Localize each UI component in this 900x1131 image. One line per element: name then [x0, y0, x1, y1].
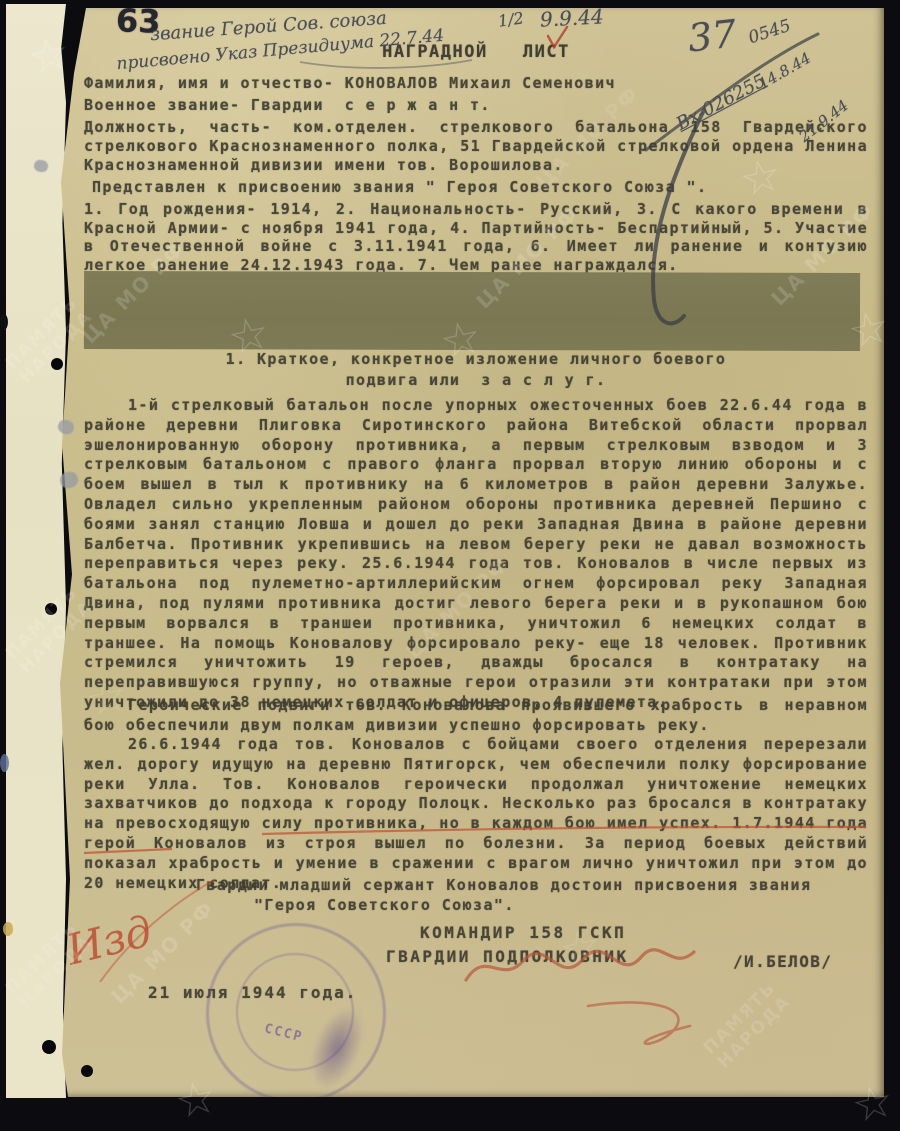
- field-rank: Военное звание- Гвардии с е р ж а н т.: [84, 96, 868, 115]
- scanned-award-sheet: НАГРАДНОЙ ЛИСТ Фамилия, имя и отчество- …: [0, 0, 900, 1131]
- tape-bit: [3, 922, 13, 936]
- punch-hole: [45, 603, 57, 615]
- feat-paragraph-1: 1-й стрелковый батальон после упорных ож…: [84, 396, 868, 713]
- feat-paragraph-2: Героические подвиги тов. Коновалова проя…: [84, 696, 868, 736]
- conclusion-line2: "Героя Советского Союза".: [254, 896, 515, 914]
- punch-hole: [42, 1040, 56, 1054]
- conclusion-line1: Гвардии младший сержант Коновалов достои…: [196, 876, 811, 894]
- commander-title-line2: ГВАРДИИ ПОДПОЛКОВНИК: [386, 947, 629, 966]
- edge-stain-blue: [0, 754, 9, 772]
- field-unit: Должность, часть- ком.отделен. стрелково…: [84, 118, 868, 175]
- numbered-info: 1. Год рождения- 1914, 2. Национальность…: [84, 200, 868, 274]
- redaction-block: [84, 271, 860, 351]
- edge-stain: [0, 314, 8, 330]
- date-note-top: 9.9.44: [539, 4, 604, 31]
- field-submitted: Представлен к присвоению звания " Героя …: [92, 178, 876, 197]
- commander-name: /И.БЕЛОВ/: [733, 952, 832, 971]
- feat-paragraph-3: 26.6.1944 года тов. Коновалов с бойцами …: [84, 735, 868, 893]
- commander-title-line1: КОМАНДИР 158 ГСКП: [420, 923, 626, 942]
- crossed-number: 37: [686, 12, 739, 61]
- punch-hole: [51, 358, 63, 370]
- punch-hole: [81, 1065, 93, 1077]
- section-title-line2: подвига или з а с л у г.: [84, 371, 868, 389]
- fraction-note: 1/2: [497, 8, 525, 30]
- award-sheet-page: НАГРАДНОЙ ЛИСТ Фамилия, имя и отчество- …: [56, 8, 884, 1097]
- section-title-line1: 1. Краткое, конкретное изложение личного…: [84, 350, 868, 368]
